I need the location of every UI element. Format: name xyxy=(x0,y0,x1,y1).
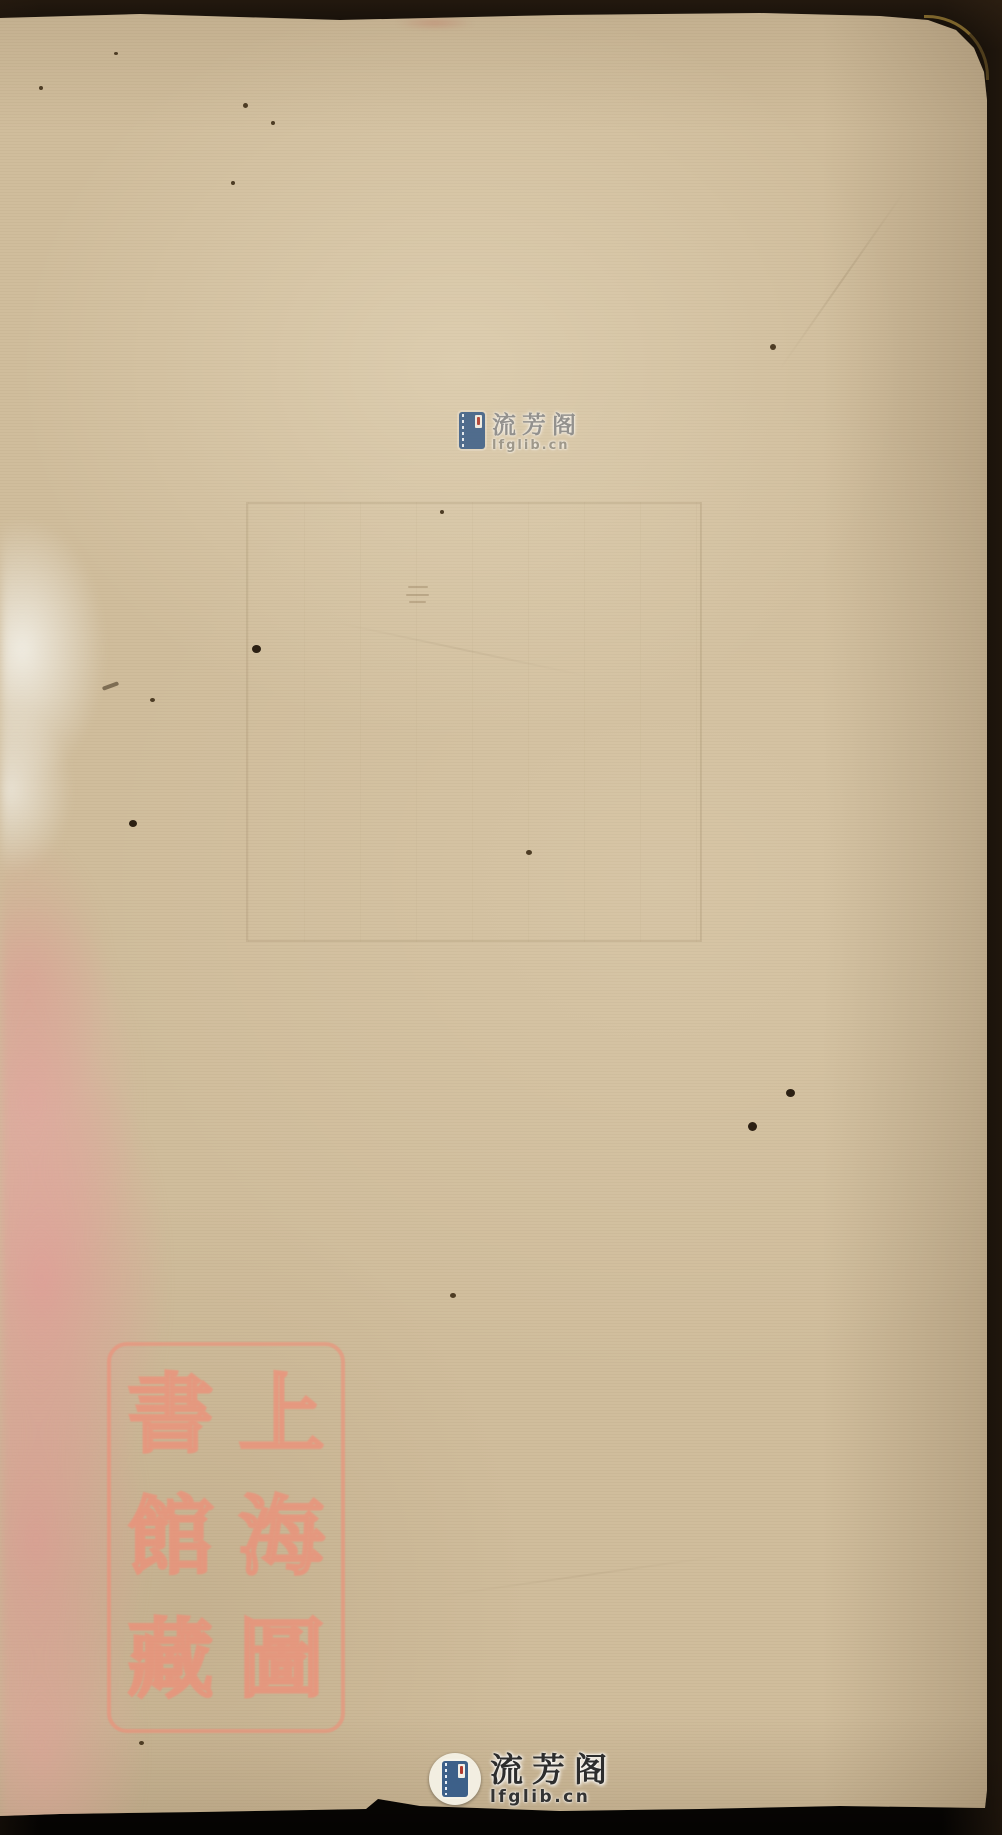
seal-char: 藏 xyxy=(128,1604,214,1716)
seal-char: 上 xyxy=(239,1359,325,1471)
seal-char: 海 xyxy=(239,1481,325,1593)
seal-char: 館 xyxy=(128,1481,214,1593)
watermark-domain: lfglib.cn xyxy=(490,1787,616,1807)
paper-crease xyxy=(431,1554,728,1598)
watermark-brand: 流芳阁 xyxy=(492,412,582,438)
paper-page: 書 館 藏 上 海 圖 流芳阁 lfglib.cn xyxy=(0,0,1002,1835)
red-smudge xyxy=(395,16,475,30)
paper-crease xyxy=(779,188,907,369)
scanned-book-page: { "seal": { "full_text": "上海圖書館藏", "righ… xyxy=(0,0,1002,1835)
page-corner-highlight xyxy=(924,15,989,80)
library-seal-stamp: 書 館 藏 上 海 圖 xyxy=(107,1342,345,1733)
seal-right-column: 上 海 圖 xyxy=(239,1354,325,1721)
book-icon xyxy=(459,412,485,449)
showthrough-frame xyxy=(246,502,702,942)
seal-char: 書 xyxy=(128,1359,214,1471)
watermark-circle xyxy=(429,1753,481,1805)
watermark-bottom: 流芳阁 lfglib.cn xyxy=(429,1753,616,1807)
watermark-center: 流芳阁 lfglib.cn xyxy=(459,412,582,454)
seal-left-column: 書 館 藏 xyxy=(128,1354,214,1721)
book-icon xyxy=(442,1761,468,1797)
watermark-brand: 流芳阁 xyxy=(490,1753,616,1787)
watermark-domain: lfglib.cn xyxy=(492,438,582,454)
seal-char: 圖 xyxy=(239,1604,325,1716)
